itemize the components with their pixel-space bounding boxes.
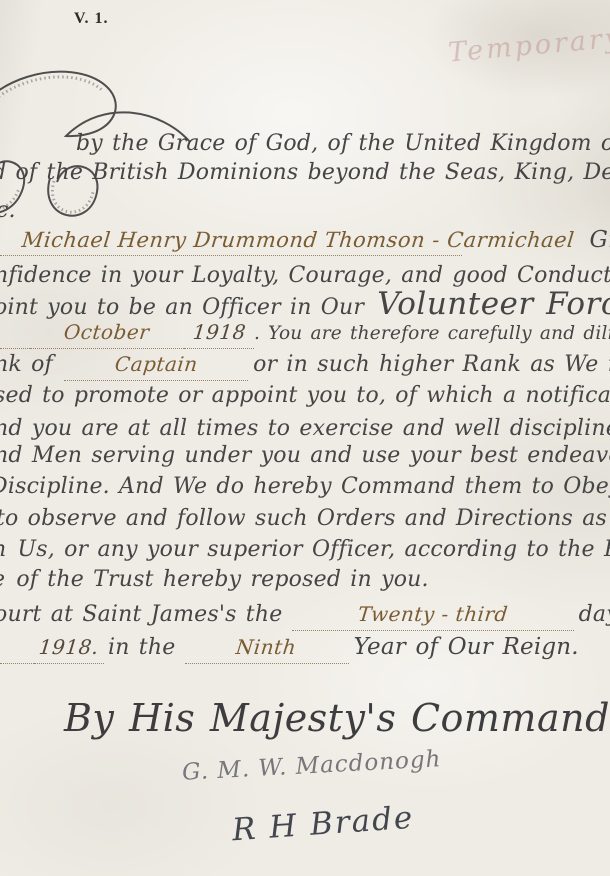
regnal-year-slot: Ninth: [185, 634, 349, 664]
year-value: 1918: [191, 319, 247, 345]
volunteer-force-text: Volunteer Force: [377, 286, 610, 322]
day-value: Twenty - third: [356, 601, 509, 627]
body-line-observe: to observe and follow such Orders and Di…: [0, 506, 610, 532]
year-of-reign-label: Year of Our Reign.: [354, 634, 579, 660]
greeting-label: Greeting:: [589, 227, 610, 253]
body-line-discipline: Discipline. And We do hereby Command the…: [0, 474, 610, 500]
signature-macdonogh: G. M. W. Macdonogh: [181, 746, 442, 786]
body-line-appoint: oint you to be an Officer in Our: [0, 295, 364, 320]
body-line-exercise: nd you are at all times to exercise and …: [0, 416, 610, 442]
regnal-year-value: Ninth: [235, 634, 298, 660]
body-line-trust: of the Trust hereby reposed in you.: [16, 567, 428, 592]
day-of-label: day of: [579, 602, 610, 627]
year-slot: 1918: [184, 319, 254, 349]
body-line-us: Us, or any your superior Officer, accord…: [17, 537, 610, 562]
year-repeat-value: 1918.: [38, 634, 100, 660]
month-value: October: [63, 319, 151, 345]
us-fragment: n: [0, 537, 6, 562]
by-command-line: By His Majesty's Command.: [64, 694, 610, 742]
day-slot: Twenty - third: [292, 601, 574, 631]
blank-slot: [0, 321, 30, 349]
trust-fragment: e: [0, 567, 5, 592]
court-line: ourt at Saint James's the: [0, 602, 282, 627]
month-slot: October: [30, 319, 184, 349]
rank-slot: Captain: [64, 351, 248, 381]
recipient-name: Michael Henry Drummond Thomson - Carmich…: [21, 227, 576, 253]
body-line-higher-rank: or in such higher Rank as We may: [253, 352, 610, 377]
rank-value: Captain: [113, 351, 199, 377]
blank-slot: [0, 636, 34, 664]
year-repeat-slot: 1918.: [34, 634, 104, 664]
in-the-label: in the: [108, 635, 175, 660]
body-line-endeavours: nd Men serving under you and use your be…: [0, 443, 610, 469]
preamble-line-1: by the Grace of God, of the United Kingd…: [76, 131, 610, 157]
rank-of-label: nk of: [0, 352, 53, 377]
form-number: V. 1.: [74, 10, 109, 28]
body-line-promote: sed to promote or appoint you to, of whi…: [0, 383, 610, 409]
commission-document-scan: V. 1. Temporary by the Grace of God, of …: [0, 0, 610, 876]
preamble-line-3-fragment: c.: [0, 198, 16, 224]
body-line-therefore: . You are therefore carefully and dilige…: [254, 323, 610, 344]
signature-brade: R H Brade: [231, 800, 415, 849]
temporary-stamp: Temporary: [447, 22, 610, 68]
preamble-line-2: d of the British Dominions beyond the Se…: [0, 160, 610, 186]
